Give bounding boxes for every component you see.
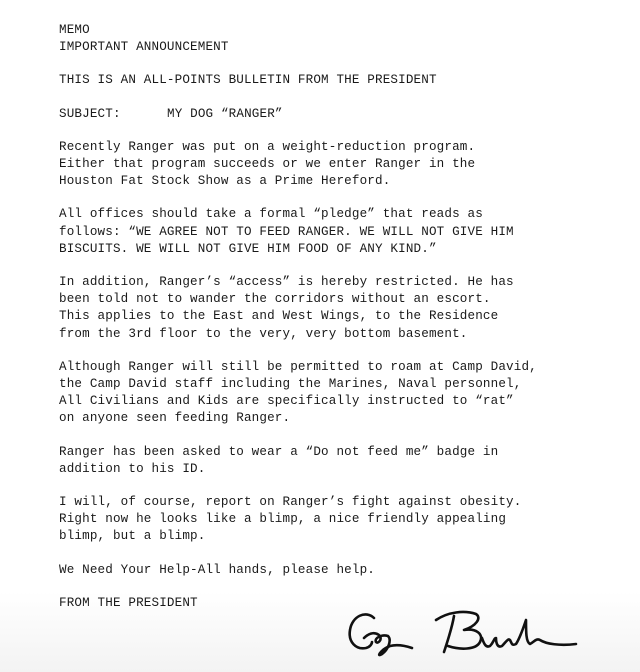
paragraph-line: the Camp David staff including the Marin…	[59, 376, 629, 393]
memo-paragraph: We Need Your Help-All hands, please help…	[59, 562, 629, 579]
subject-label: SUBJECT:	[59, 106, 167, 123]
paragraph-line: addition to his ID.	[59, 461, 629, 478]
spacer	[59, 478, 629, 494]
spacer	[59, 56, 629, 72]
subject-value: MY DOG “RANGER”	[167, 107, 283, 121]
memo-paragraph: Although Ranger will still be permitted …	[59, 359, 629, 428]
spacer	[59, 343, 629, 359]
paragraph-line: In addition, Ranger’s “access” is hereby…	[59, 274, 629, 291]
paragraph-line: been told not to wander the corridors wi…	[59, 291, 629, 308]
paragraph-line: Ranger has been asked to wear a “Do not …	[59, 444, 629, 461]
memo-document: MEMO IMPORTANT ANNOUNCEMENT THIS IS AN A…	[59, 22, 629, 612]
handwritten-signature-icon	[336, 598, 586, 670]
spacer	[59, 190, 629, 206]
memo-paragraph: In addition, Ranger’s “access” is hereby…	[59, 274, 629, 343]
spacer	[59, 123, 629, 139]
spacer	[59, 579, 629, 595]
memo-paragraph: Ranger has been asked to wear a “Do not …	[59, 444, 629, 478]
paragraph-line: All Civilians and Kids are specifically …	[59, 393, 629, 410]
paragraph-line: on anyone seen feeding Ranger.	[59, 410, 629, 427]
paragraph-line: Although Ranger will still be permitted …	[59, 359, 629, 376]
paragraph-line: Houston Fat Stock Show as a Prime Herefo…	[59, 173, 629, 190]
paragraph-line: from the 3rd floor to the very, very bot…	[59, 326, 629, 343]
paragraph-line: I will, of course, report on Ranger’s fi…	[59, 494, 629, 511]
spacer	[59, 258, 629, 274]
subject-row: SUBJECT:MY DOG “RANGER”	[59, 106, 629, 123]
paragraph-line: follows: “WE AGREE NOT TO FEED RANGER. W…	[59, 224, 629, 241]
memo-subheading: IMPORTANT ANNOUNCEMENT	[59, 39, 629, 56]
paragraph-line: Recently Ranger was put on a weight-redu…	[59, 139, 629, 156]
spacer	[59, 90, 629, 106]
memo-body: Recently Ranger was put on a weight-redu…	[59, 139, 629, 595]
paragraph-line: All offices should take a formal “pledge…	[59, 206, 629, 223]
paragraph-line: Right now he looks like a blimp, a nice …	[59, 511, 629, 528]
bulletin-line: THIS IS AN ALL-POINTS BULLETIN FROM THE …	[59, 72, 629, 89]
spacer	[59, 428, 629, 444]
paragraph-line: This applies to the East and West Wings,…	[59, 308, 629, 325]
paragraph-line: BISCUITS. WE WILL NOT GIVE HIM FOOD OF A…	[59, 241, 629, 258]
paragraph-line: blimp, but a blimp.	[59, 528, 629, 545]
paragraph-line: We Need Your Help-All hands, please help…	[59, 562, 629, 579]
memo-paragraph: I will, of course, report on Ranger’s fi…	[59, 494, 629, 546]
paragraph-line: Either that program succeeds or we enter…	[59, 156, 629, 173]
memo-heading: MEMO	[59, 22, 629, 39]
memo-paragraph: Recently Ranger was put on a weight-redu…	[59, 139, 629, 191]
memo-paragraph: All offices should take a formal “pledge…	[59, 206, 629, 258]
spacer	[59, 546, 629, 562]
